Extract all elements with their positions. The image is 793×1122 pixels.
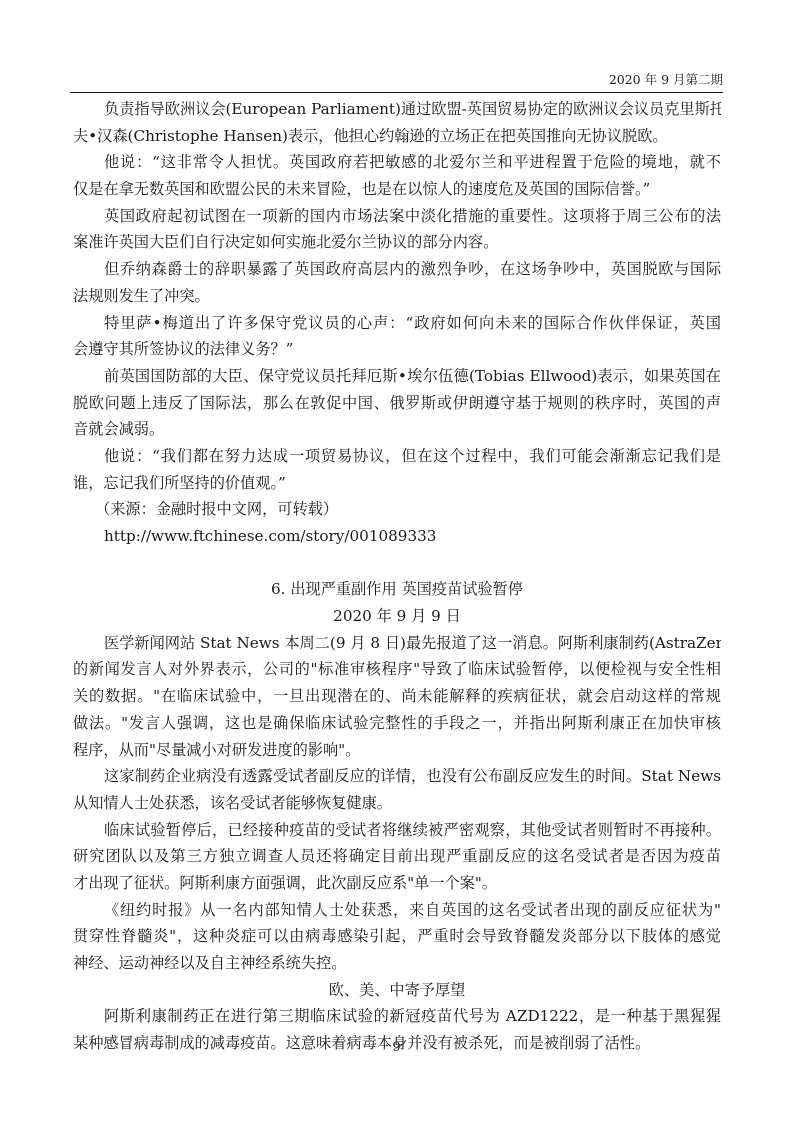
page-body: 负责指导欧洲议会(European Parliament)通过欧盟-英国贸易协定… (73, 96, 721, 1057)
paragraph-line: 但乔纳森爵士的辞职暴露了英国政府高层内的激烈争吵，在这场争吵中，英国脱欧与国际 (73, 256, 721, 283)
page-number: 9 (0, 1040, 793, 1055)
source-url-link[interactable]: http://www.ftchinese.com/story/001089333 (73, 523, 721, 550)
paragraph-line: 才出现了征状。阿斯利康方面强调，此次副反应系"单一个案"。 (73, 870, 721, 897)
article-date: 2020 年 9 月 9 日 (73, 603, 721, 630)
paragraph-line: 临床试验暂停后，已经接种疫苗的受试者将继续被严密观察，其他受试者则暂时不再接种。 (73, 817, 721, 844)
paragraph-line: 谁，忘记我们所坚持的价值观。” (73, 470, 721, 497)
article-continued: 负责指导欧洲议会(European Parliament)通过欧盟-英国贸易协定… (73, 96, 721, 550)
paragraph-line: 阿斯利康制药正在进行第三期临床试验的新冠疫苗代号为 AZD1222，是一种基于黑… (73, 1003, 721, 1030)
paragraph-line: 的新闻发言人对外界表示，公司的"标准审核程序"导致了临床试验暂停，以便检视与安全… (73, 656, 721, 683)
paragraph-line: 做法。"发言人强调，这也是确保临床试验完整性的手段之一，并指出阿斯利康正在加快审… (73, 710, 721, 737)
paragraph-line: 《纽约时报》从一名内部知情人士处获悉，来自英国的这名受试者出现的副反应征状为" (73, 897, 721, 924)
paragraph-line: 案准许英国大臣们自行决定如何实施北爱尔兰协议的部分内容。 (73, 229, 721, 256)
source-note: （来源：金融时报中文网，可转载） (73, 496, 721, 523)
spacer (73, 550, 721, 577)
article-title: 6. 出现严重副作用 英国疫苗试验暂停 (73, 576, 721, 603)
paragraph-line: 会遵守其所签协议的法律义务？” (73, 336, 721, 363)
paragraph-line: 夫•汉森(Christophe Hansen)表示，他担心约翰逊的立场正在把英国… (73, 123, 721, 150)
paragraph-line: 脱欧问题上违反了国际法，那么在敦促中国、俄罗斯或伊朗遵守基于规则的秩序时，英国的… (73, 390, 721, 417)
issue-label: 2020 年 9 月第二期 (609, 70, 723, 88)
paragraph-line: 贯穿性脊髓炎"，这种炎症可以由病毒感染引起，严重时会导致脊髓发炎部分以下肢体的感… (73, 923, 721, 950)
section-subheading: 欧、美、中寄予厚望 (73, 977, 721, 1004)
paragraph-line: 他说：“我们都在努力达成一项贸易协议，但在这个过程中，我们可能会渐渐忘记我们是 (73, 443, 721, 470)
paragraph-line: 英国政府起初试图在一项新的国内市场法案中淡化措施的重要性。这项将于周三公布的法 (73, 203, 721, 230)
paragraph-line: 医学新闻网站 Stat News 本周二(9 月 8 日)最先报道了这一消息。阿… (73, 630, 721, 657)
paragraph-line: 神经、运动神经以及自主神经系统失控。 (73, 950, 721, 977)
paragraph-line: 这家制药企业病没有透露受试者副反应的详情，也没有公布副反应发生的时间。Stat … (73, 763, 721, 790)
paragraph-line: 法规则发生了冲突。 (73, 283, 721, 310)
paragraph-line: 研究团队以及第三方独立调查人员还将确定目前出现严重副反应的这名受试者是否因为疫苗 (73, 843, 721, 870)
paragraph-line: 仅是在拿无数英国和欧盟公民的未来冒险，也是在以惊人的速度危及英国的国际信誉。” (73, 176, 721, 203)
paragraph-line: 他说：“这非常令人担忧。英国政府若把敏感的北爱尔兰和平进程置于危险的境地，就不 (73, 149, 721, 176)
paragraph-line: 音就会减弱。 (73, 416, 721, 443)
article: 6. 出现严重副作用 英国疫苗试验暂停 2020 年 9 月 9 日 医学新闻网… (73, 576, 721, 1056)
paragraph-line: 关的数据。"在临床试验中，一旦出现潜在的、尚未能解释的疾病征状，就会启动这样的常… (73, 683, 721, 710)
paragraph-line: 负责指导欧洲议会(European Parliament)通过欧盟-英国贸易协定… (73, 96, 721, 123)
paragraph-line: 从知情人士处获悉，该名受试者能够恢复健康。 (73, 790, 721, 817)
paragraph-line: 前英国国防部的大臣、保守党议员托拜厄斯•埃尔伍德(Tobias Ellwood)… (73, 363, 721, 390)
page-header: 2020 年 9 月第二期 (70, 68, 723, 93)
paragraph-line: 特里萨•梅道出了许多保守党议员的心声：“政府如何向未来的国际合作伙伴保证，英国 (73, 310, 721, 337)
paragraph-line: 程序，从而"尽量减小对研发进度的影响"。 (73, 737, 721, 764)
